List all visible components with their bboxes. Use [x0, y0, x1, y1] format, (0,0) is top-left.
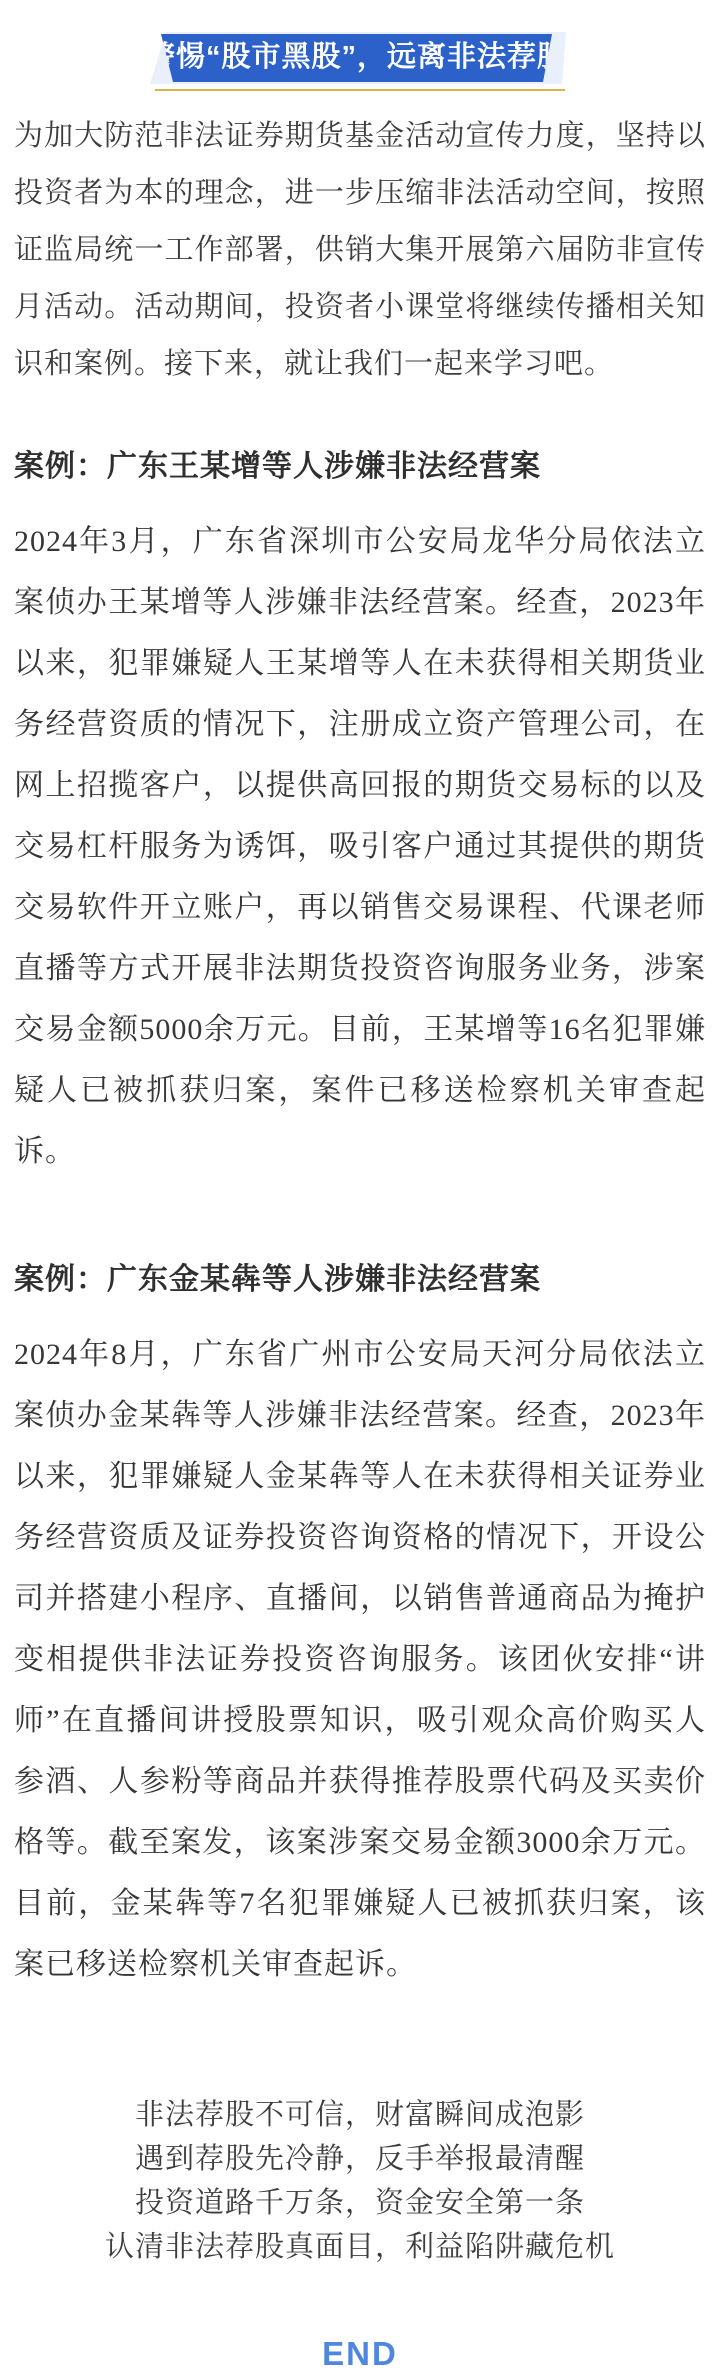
banner-gold-underline [155, 89, 565, 91]
case-1-body: 2024年3月，广东省深圳市公安局龙华分局依法立案侦办王某增等人涉嫌非法经营案。… [14, 511, 706, 1182]
article-body: 为加大防范非法证券期货基金活动宣传力度，坚持以投资者为本的理念，进一步压缩非法活… [0, 108, 720, 2373]
slogan-line-2: 遇到荐股先冷静，反手举报最清醒 [14, 2137, 706, 2181]
case-section-2: 案例：广东金某犇等人涉嫌非法经营案 2024年8月，广东省广州市公安局天河分局依… [14, 1254, 706, 1995]
case-1-heading: 案例：广东王某增等人涉嫌非法经营案 [14, 441, 706, 485]
case-2-heading: 案例：广东金某犇等人涉嫌非法经营案 [14, 1254, 706, 1298]
title-banner: 警惕“股市黑股”，远离非法荐股 [0, 26, 720, 92]
banner-ribbon: 警惕“股市黑股”，远离非法荐股 [161, 34, 552, 82]
slogan-line-1: 非法荐股不可信，财富瞬间成泡影 [14, 2093, 706, 2137]
intro-paragraph: 为加大防范非法证券期货基金活动宣传力度，坚持以投资者为本的理念，进一步压缩非法活… [14, 108, 706, 393]
case-section-1: 案例：广东王某增等人涉嫌非法经营案 2024年3月，广东省深圳市公安局龙华分局依… [14, 441, 706, 1182]
slogan-block: 非法荐股不可信，财富瞬间成泡影 遇到荐股先冷静，反手举报最清醒 投资道路千万条，… [14, 2093, 706, 2269]
case-2-body: 2024年8月，广东省广州市公安局天河分局依法立案侦办金某犇等人涉嫌非法经营案。… [14, 1324, 706, 1995]
page-title: 警惕“股市黑股”，远离非法荐股 [146, 43, 567, 74]
end-label: END [14, 2335, 706, 2373]
slogan-line-4: 认清非法荐股真面目，利益陷阱藏危机 [14, 2225, 706, 2269]
slogan-line-3: 投资道路千万条，资金安全第一条 [14, 2181, 706, 2225]
